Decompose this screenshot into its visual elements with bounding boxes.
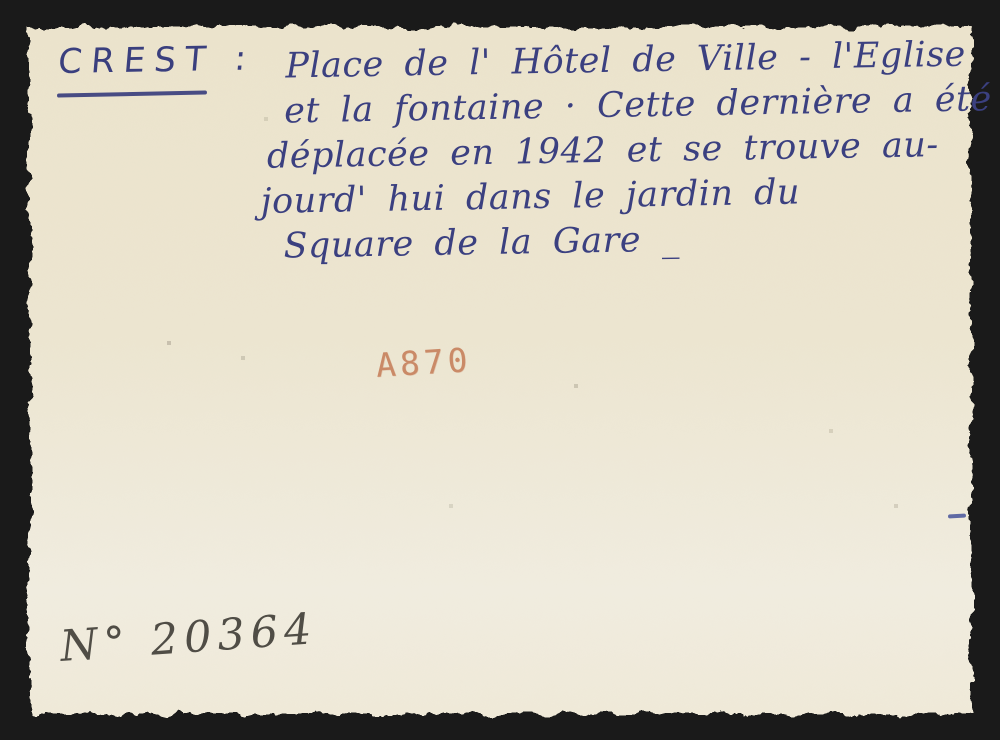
archive-stamp: A870 [375,340,473,385]
caption-title: CREST : [56,39,256,82]
paper-specks [0,0,2,2]
handwritten-caption: Place de l' Hôtel de Ville - l'Eglise et… [255,32,995,270]
photo-back-scan: CREST : Place de l' Hôtel de Ville - l'E… [0,0,1000,740]
